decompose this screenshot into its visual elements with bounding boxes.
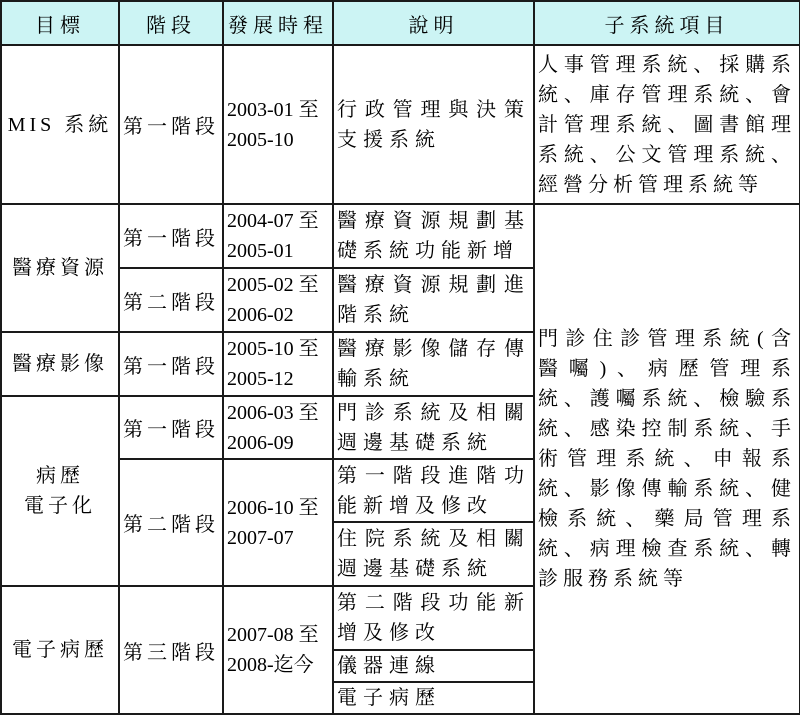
cell-imaging-goal: 醫療影像: [1, 332, 119, 396]
cell-shared-subsystems: 門診住診管理系統(含醫囑)、病歷管理系統、護囑系統、檢驗系統、感染控制系統、手術…: [534, 204, 800, 714]
cell-resource-phase1: 第一階段: [119, 204, 223, 268]
cell-emr-description-c: 電子病歷: [333, 682, 534, 714]
cell-resource-period1: 2004-07 至 2005-01: [223, 204, 333, 268]
cell-records-phase1: 第一階段: [119, 396, 223, 459]
row-resource-phase1: 醫療資源 第一階段 2004-07 至 2005-01 醫療資源規劃基礎系統功能…: [1, 204, 800, 268]
row-mis: MIS 系統 第一階段 2003-01 至 2005-10 行政管理與決策支援系…: [1, 45, 800, 204]
cell-resource-description2: 醫療資源規劃進階系統: [333, 268, 534, 332]
header-goal: 目標: [1, 1, 119, 45]
cell-records-period1: 2006-03 至 2006-09: [223, 396, 333, 459]
cell-mis-period: 2003-01 至 2005-10: [223, 45, 333, 204]
cell-records-description1: 門診系統及相關週邊基礎系統: [333, 396, 534, 459]
development-schedule-table: 目標 階段 發展時程 說明 子系統項目 MIS 系統 第一階段 2003-01 …: [0, 0, 800, 715]
cell-emr-description-a: 第二階段功能新增及修改: [333, 586, 534, 650]
cell-records-description2a: 第一階段進階功能新增及修改: [333, 459, 534, 522]
cell-imaging-period: 2005-10 至 2005-12: [223, 332, 333, 396]
cell-emr-description-b: 儀器連線: [333, 650, 534, 682]
cell-emr-phase: 第三階段: [119, 586, 223, 714]
cell-records-description2b: 住院系統及相關週邊基礎系統: [333, 522, 534, 586]
header-description: 說明: [333, 1, 534, 45]
cell-records-phase2: 第二階段: [119, 459, 223, 586]
cell-mis-subsystems: 人事管理系統、採購系統、庫存管理系統、會計管理系統、圖書館理系統、公文管理系統、…: [534, 45, 800, 204]
cell-imaging-description: 醫療影像儲存傳輸系統: [333, 332, 534, 396]
header-phase: 階段: [119, 1, 223, 45]
cell-mis-phase: 第一階段: [119, 45, 223, 204]
cell-emr-goal: 電子病歷: [1, 586, 119, 714]
cell-resource-phase2: 第二階段: [119, 268, 223, 332]
header-row: 目標 階段 發展時程 說明 子系統項目: [1, 1, 800, 45]
header-period: 發展時程: [223, 1, 333, 45]
cell-resource-description1: 醫療資源規劃基礎系統功能新增: [333, 204, 534, 268]
cell-mis-goal: MIS 系統: [1, 45, 119, 204]
cell-resource-goal: 醫療資源: [1, 204, 119, 332]
cell-records-period2: 2006-10 至 2007-07: [223, 459, 333, 586]
cell-mis-description: 行政管理與決策支援系統: [333, 45, 534, 204]
cell-emr-period: 2007-08 至 2008-迄今: [223, 586, 333, 714]
cell-imaging-phase: 第一階段: [119, 332, 223, 396]
header-subsystems: 子系統項目: [534, 1, 800, 45]
cell-resource-period2: 2005-02 至 2006-02: [223, 268, 333, 332]
cell-records-goal: 病歷 電子化: [1, 396, 119, 586]
